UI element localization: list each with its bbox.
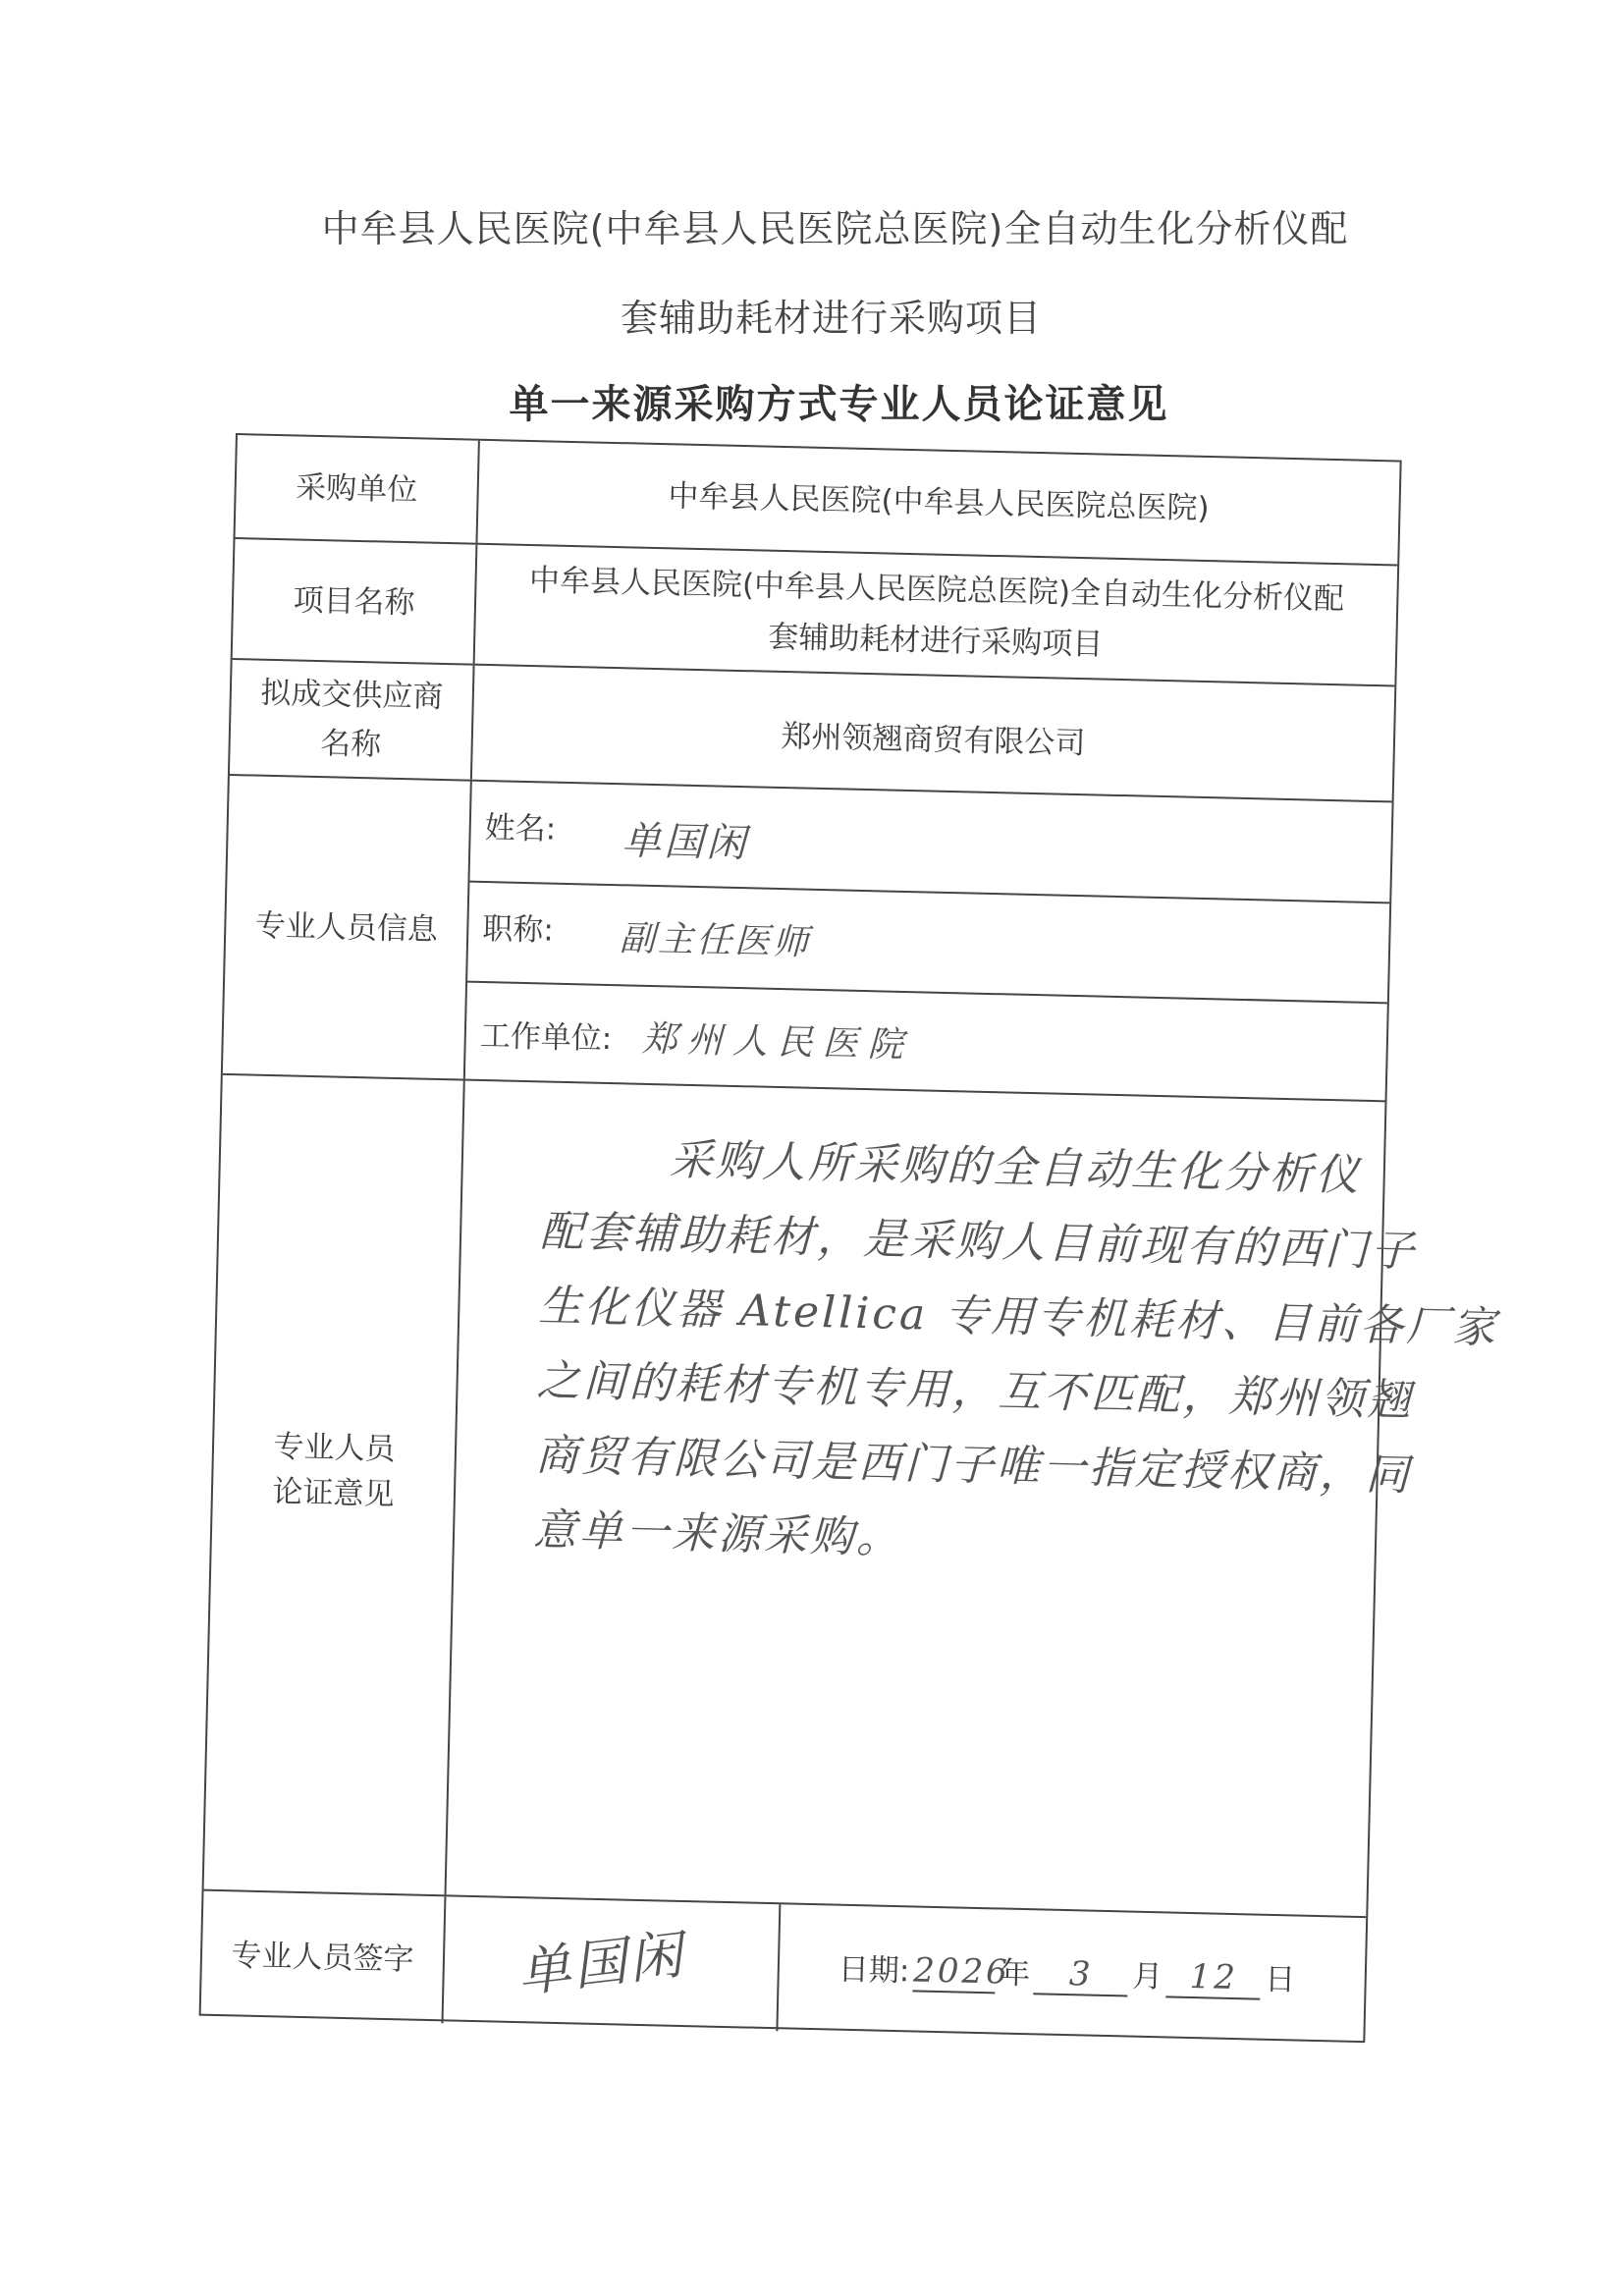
date-year-field[interactable]: 2026 bbox=[913, 1950, 997, 1994]
project-name-value: 中牟县人民医院(中牟县人民医院总医院)全自动生化分析仪配 套辅助耗材进行采购项目 bbox=[475, 545, 1398, 685]
project-name-value-line-2: 套辅助耗材进行采购项目 bbox=[768, 611, 1104, 670]
date-year-unit: 年 bbox=[1000, 1947, 1031, 1999]
date-label: 日期: bbox=[838, 1943, 910, 1996]
opinion-label-line-1: 专业人员 bbox=[273, 1424, 396, 1472]
project-name-label: 项目名称 bbox=[233, 539, 478, 664]
purchaser-label: 采购单位 bbox=[236, 435, 480, 543]
date-month-unit: 月 bbox=[1132, 1950, 1163, 2002]
opinion-label: 专业人员 论证意见 bbox=[204, 1075, 465, 1895]
project-name-value-line-1: 中牟县人民医院(中牟县人民医院总医院)全自动生化分析仪配 bbox=[528, 554, 1344, 624]
expert-title-value[interactable]: 副主任医师 bbox=[620, 910, 812, 965]
opinion-row: 专业人员 论证意见 采购人所采购的全自动生化分析仪 配套辅助耗材，是采购人目前现… bbox=[204, 1073, 1385, 1916]
date-cell: 日期: 2026 年 3 月 12 日 bbox=[778, 1904, 1366, 2045]
expert-employer-value[interactable]: 郑州人民医院 bbox=[641, 1011, 913, 1066]
signature-row: 专业人员签字 单国闲 日期: 2026 年 3 月 12 日 bbox=[201, 1889, 1367, 2045]
supplier-value: 郑州领翘商贸有限公司 bbox=[472, 666, 1394, 801]
date-month-field[interactable]: 3 bbox=[1034, 1953, 1129, 1996]
document-title-line-2: 套辅助耗材进行采购项目 bbox=[20, 288, 1623, 342]
date-day-unit: 日 bbox=[1265, 1953, 1296, 2005]
opinion-text[interactable]: 采购人所采购的全自动生化分析仪 配套辅助耗材，是采购人目前现有的西门子 生化仪器… bbox=[447, 1081, 1385, 1917]
argumentation-form-table: 采购单位 中牟县人民医院(中牟县人民医院总医院) 项目名称 中牟县人民医院(中牟… bbox=[199, 433, 1402, 2043]
expert-name-value[interactable]: 单国闲 bbox=[622, 809, 749, 868]
expert-info-row: 专业人员信息 姓名: 单国闲 职称: 副主任医师 工作单位: 郑州人民医院 bbox=[223, 774, 1392, 1100]
expert-info-label: 专业人员信息 bbox=[223, 776, 472, 1079]
signature-label: 专业人员签字 bbox=[201, 1891, 447, 2024]
supplier-label: 拟成交供应商 名称 bbox=[230, 660, 475, 780]
expert-employer-label: 工作单位: bbox=[479, 1010, 642, 1058]
document-heading: 单一来源采购方式专业人员论证意见 bbox=[27, 373, 1623, 429]
opinion-label-line-2: 论证意见 bbox=[272, 1469, 395, 1517]
supplier-label-line-2: 名称 bbox=[320, 719, 382, 769]
supplier-label-line-1: 拟成交供应商 bbox=[260, 669, 444, 722]
signature-value: 单国闲 bbox=[514, 1929, 687, 1999]
signature-cell[interactable]: 单国闲 bbox=[443, 1896, 781, 2031]
document-title-line-1: 中牟县人民医院(中牟县人民医院总医院)全自动生化分析仪配 bbox=[24, 198, 1623, 252]
date-day-field[interactable]: 12 bbox=[1166, 1956, 1262, 1999]
